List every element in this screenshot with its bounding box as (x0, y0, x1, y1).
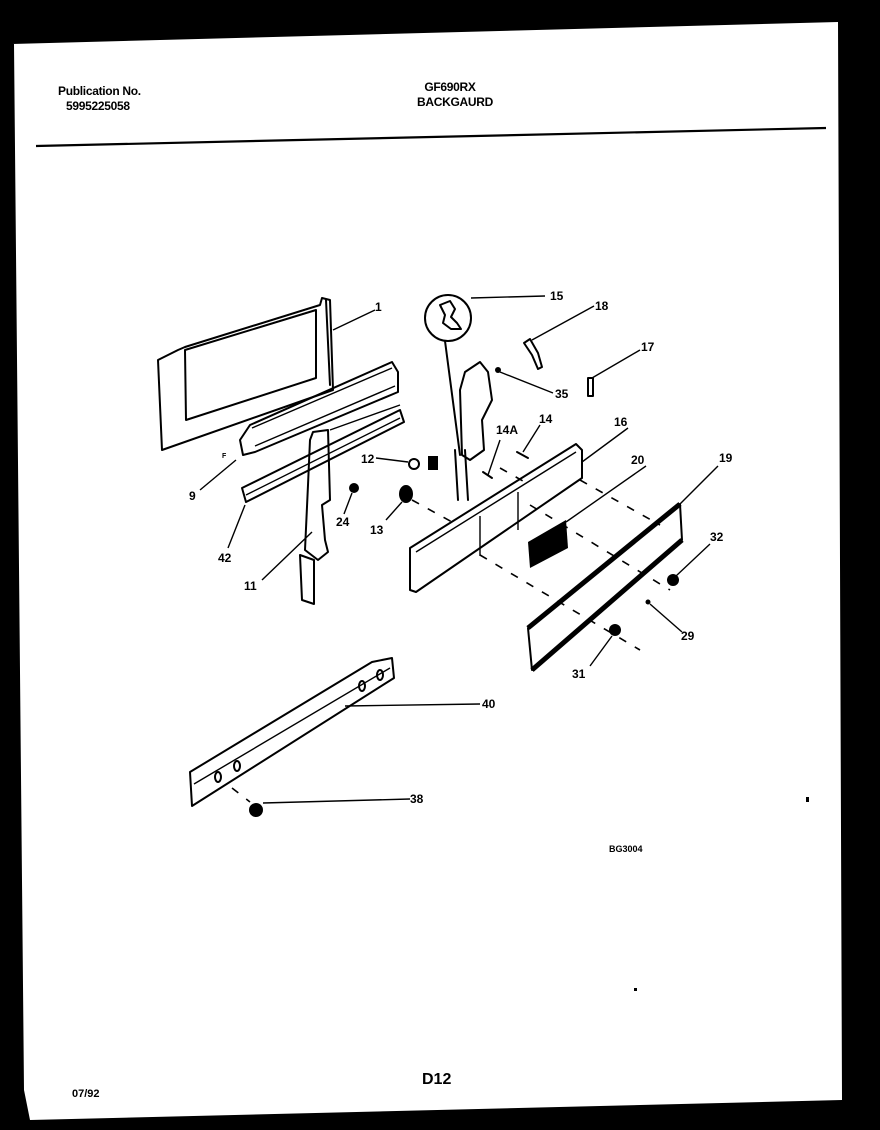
scanned-parts-page: F (0, 0, 880, 1130)
callout-20: 20 (631, 453, 645, 467)
callout-9: 9 (189, 489, 196, 503)
callout-16: 16 (614, 415, 628, 429)
page-number: D12 (422, 1071, 451, 1089)
callout-18: 18 (595, 299, 609, 313)
callout-19: 19 (719, 451, 733, 465)
model-number: GF690RX (410, 80, 490, 94)
callout-32: 32 (710, 530, 724, 544)
revision-date: 07/92 (72, 1088, 100, 1100)
section-title: BACKGAURD (405, 95, 505, 109)
callout-12: 12 (361, 452, 375, 466)
callout-14a: 14A (496, 423, 518, 437)
callout-1: 1 (375, 300, 382, 314)
parts-diagram: F (0, 0, 880, 1130)
callout-40: 40 (482, 697, 496, 711)
publication-label: Publication No. (58, 84, 141, 98)
drawing-code: BG3004 (609, 844, 643, 854)
callout-38: 38 (410, 792, 424, 806)
callout-11: 11 (244, 579, 257, 593)
callout-13: 13 (370, 523, 384, 537)
paper-sheet (12, 22, 842, 1120)
svg-text:F: F (222, 453, 227, 460)
callout-42: 42 (218, 551, 232, 565)
callout-15: 15 (550, 289, 564, 303)
callout-17: 17 (641, 340, 655, 354)
callout-31: 31 (572, 667, 586, 681)
callout-24: 24 (336, 515, 350, 529)
callout-35: 35 (555, 387, 569, 401)
callout-29: 29 (681, 629, 695, 643)
publication-number: 5995225058 (66, 99, 130, 113)
callout-14: 14 (539, 412, 553, 426)
